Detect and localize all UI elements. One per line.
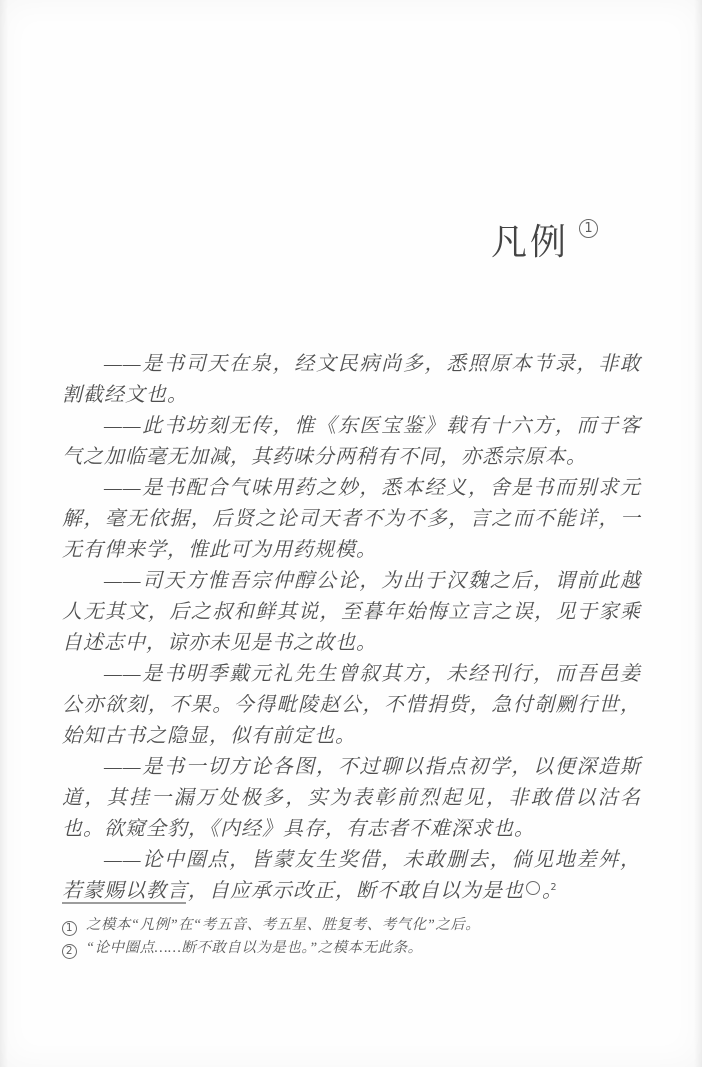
body-paragraph: ——是书一切方论各图，不过聊以指点初学，以便深造斯道，其挂一漏万处极多，实为表彰…	[62, 752, 641, 845]
footnote-separator	[62, 902, 186, 904]
body-paragraph: ——此书坊刻无传，惟《东医宝鉴》载有十六方，而于客气之加临毫无加减，其药味分两稍…	[62, 411, 641, 473]
paragraph-text: ——司天方惟吾宗仲醇公论，为出于汉魏之后，谓前此越人无其文，后之叔和鲜其说，至暮…	[62, 570, 641, 654]
page-title-row: 凡例 1	[491, 221, 598, 263]
body-paragraph: ——论中圈点，皆蒙友生奖借，未敢删去，倘见地差舛，若蒙赐以教言，自应承示改正，断…	[62, 845, 641, 907]
footnote-marker-icon: 1	[62, 921, 77, 936]
footnote-text: 之模本“凡例”在“考五音、考五星、胜复考、考气化”之后。	[86, 917, 480, 933]
footnote-item: 2“论中圈点……断不敢自以为是也。”之模本无此条。	[62, 937, 644, 960]
body-paragraph: ——是书司天在泉，经文民病尚多，悉照原本节录，非敢割截经文也。	[62, 349, 641, 411]
paragraph-text: ——是书明季戴元礼先生曾叙其方，未经刊行，而吾邑姜公亦欲刻，不果。今得毗陵赵公，…	[62, 663, 641, 747]
footnote-ref-2-icon: 2	[526, 881, 540, 895]
footnotes-list: 1之模本“凡例”在“考五音、考五星、胜复考、考气化”之后。2“论中圈点……断不敢…	[62, 914, 644, 960]
footnote-ref-1-icon: 1	[579, 219, 598, 238]
page-edge-shadow-right	[694, 0, 702, 1067]
body-paragraph: ——是书明季戴元礼先生曾叙其方，未经刊行，而吾邑姜公亦欲刻，不果。今得毗陵赵公，…	[62, 659, 641, 752]
paragraph-text: ——是书一切方论各图，不过聊以指点初学，以便深造斯道，其挂一漏万处极多，实为表彰…	[62, 756, 641, 840]
body-text: ——是书司天在泉，经文民病尚多，悉照原本节录，非敢割截经文也。——此书坊刻无传，…	[62, 349, 641, 907]
footnote-item: 1之模本“凡例”在“考五音、考五星、胜复考、考气化”之后。	[62, 914, 644, 937]
footnote-marker-icon: 2	[62, 944, 77, 959]
footnotes-section: 1之模本“凡例”在“考五音、考五星、胜复考、考气化”之后。2“论中圈点……断不敢…	[62, 902, 644, 960]
page-edge-shadow-left	[0, 0, 8, 1067]
footnote-text: “论中圈点……断不敢自以为是也。”之模本无此条。	[86, 940, 423, 956]
page-title: 凡例	[491, 221, 569, 263]
paragraph-text: ——是书配合气味用药之妙，悉本经义，舍是书而别求元解，毫无依据，后贤之论司天者不…	[62, 477, 641, 561]
body-paragraph: ——是书配合气味用药之妙，悉本经义，舍是书而别求元解，毫无依据，后贤之论司天者不…	[62, 473, 641, 566]
body-paragraph: ——司天方惟吾宗仲醇公论，为出于汉魏之后，谓前此越人无其文，后之叔和鲜其说，至暮…	[62, 566, 641, 659]
paragraph-text: ——此书坊刻无传，惟《东医宝鉴》载有十六方，而于客气之加临毫无加减，其药味分两稍…	[62, 415, 641, 468]
book-page: 凡例 1 ——是书司天在泉，经文民病尚多，悉照原本节录，非敢割截经文也。——此书…	[0, 0, 702, 1067]
paragraph-text: ——是书司天在泉，经文民病尚多，悉照原本节录，非敢割截经文也。	[62, 353, 641, 406]
